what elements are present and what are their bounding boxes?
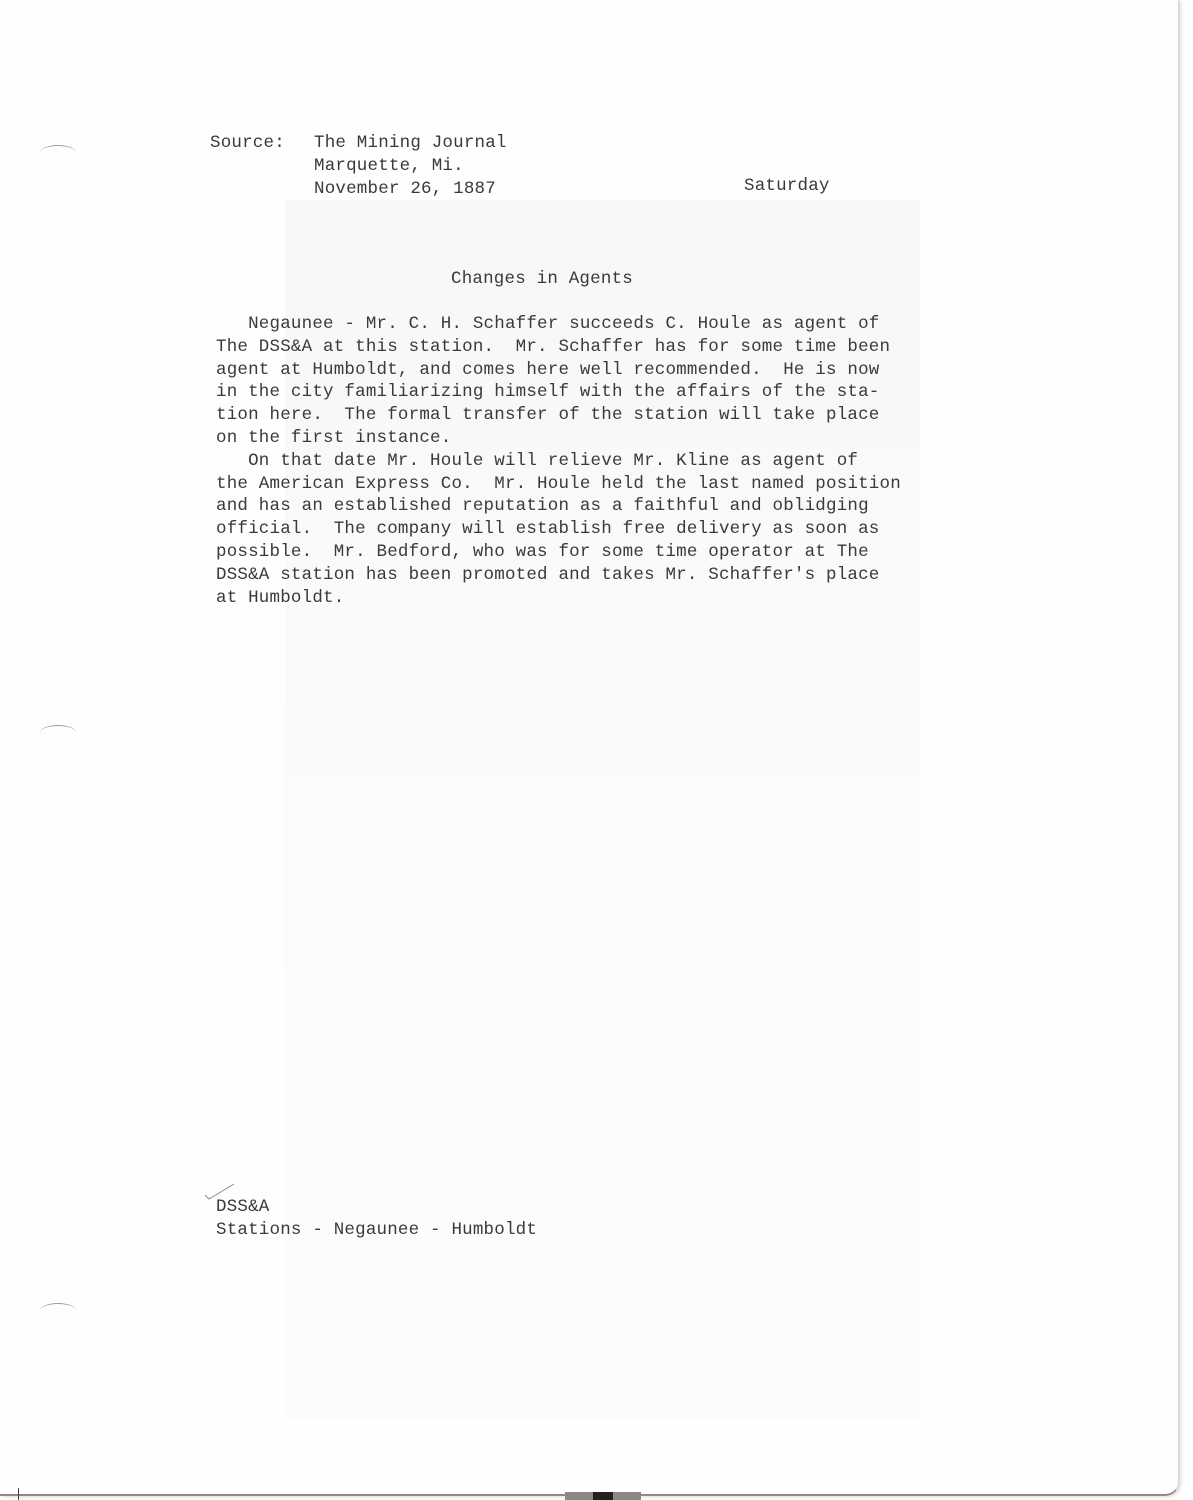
article-line: official. The company will establish fre… — [216, 518, 901, 541]
punch-hole-mark — [40, 1303, 76, 1318]
binder-clip — [565, 1492, 641, 1500]
article-line: Negaunee - Mr. C. H. Schaffer succeeds C… — [216, 313, 901, 336]
publication-name: The Mining Journal — [314, 132, 507, 155]
footer-subject: DSS&A — [216, 1196, 537, 1219]
article-line: The DSS&A at this station. Mr. Schaffer … — [216, 336, 901, 359]
article-body: Negaunee - Mr. C. H. Schaffer succeeds C… — [216, 313, 901, 609]
article-title: Changes in Agents — [451, 268, 633, 291]
article-line: possible. Mr. Bedford, who was for some … — [216, 541, 901, 564]
page-edge-mark — [18, 1488, 19, 1500]
punch-hole-mark — [40, 725, 76, 740]
source-block: The Mining JournalMarquette, Mi.November… — [314, 132, 507, 200]
article-line: at Humboldt. — [216, 587, 901, 610]
article-line: the American Express Co. Mr. Houle held … — [216, 473, 901, 496]
footer-index: DSS&AStations - Negaunee - Humboldt — [216, 1196, 537, 1242]
article-line: DSS&A station has been promoted and take… — [216, 564, 901, 587]
publication-location: Marquette, Mi. — [314, 155, 507, 178]
source-label: Source: — [210, 132, 285, 155]
article-line: tion here. The formal transfer of the st… — [216, 404, 901, 427]
article-line: agent at Humboldt, and comes here well r… — [216, 359, 901, 382]
article-line: On that date Mr. Houle will relieve Mr. … — [216, 450, 901, 473]
article-line: and has an established reputation as a f… — [216, 495, 901, 518]
article-line: in the city familiarizing himself with t… — [216, 381, 901, 404]
document-page: Source: The Mining JournalMarquette, Mi.… — [0, 0, 1179, 1496]
footer-keywords: Stations - Negaunee - Humboldt — [216, 1219, 537, 1242]
article-line: on the first instance. — [216, 427, 901, 450]
punch-hole-mark — [40, 145, 76, 160]
weekday: Saturday — [744, 175, 830, 198]
publication-date: November 26, 1887 — [314, 178, 507, 201]
